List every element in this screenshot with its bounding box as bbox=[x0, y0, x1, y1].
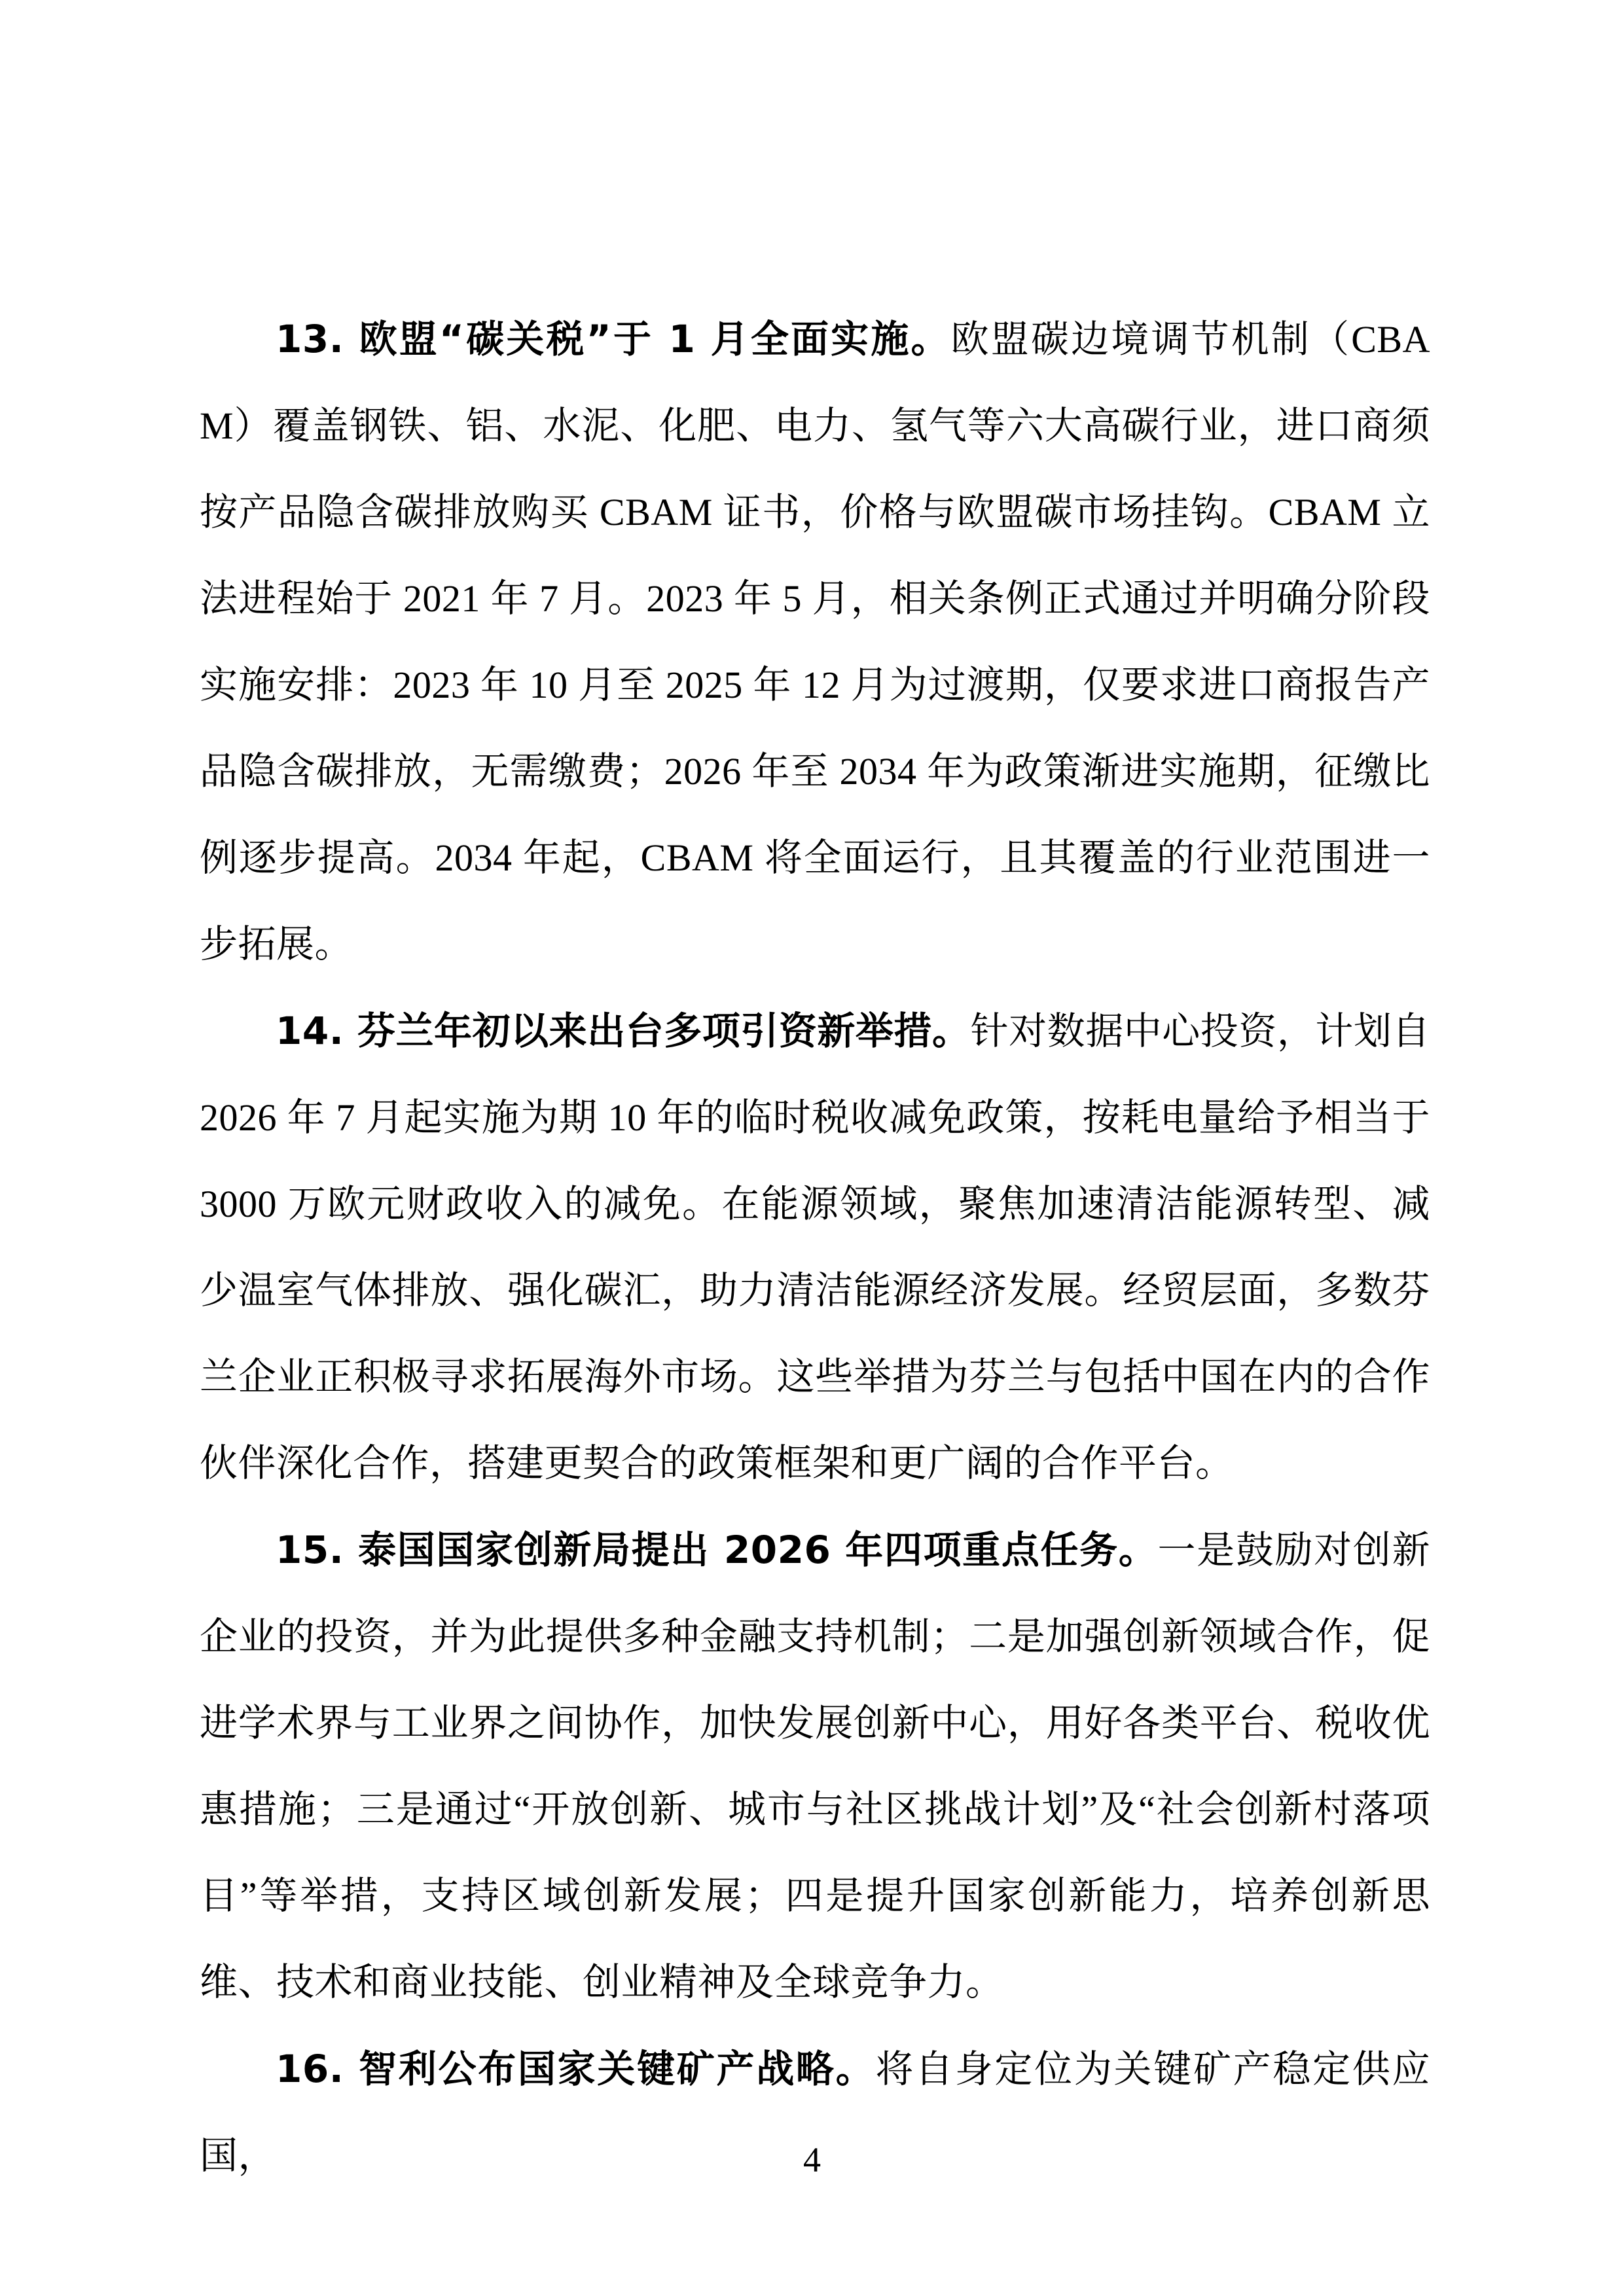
page-footer: 4 bbox=[0, 2137, 1624, 2183]
paragraph-14: 14. 芬兰年初以来出台多项引资新举措。针对数据中心投资，计划自 2026 年 … bbox=[200, 988, 1430, 1507]
paragraph-16-lead: 16. 智利公布国家关键矿产战略。 bbox=[276, 2047, 875, 2091]
document-body: 13. 欧盟“碳关税”于 1 月全面实施。欧盟碳边境调节机制（CBAM）覆盖钢铁… bbox=[200, 296, 1430, 2199]
page-number: 4 bbox=[803, 2140, 821, 2179]
paragraph-13-lead: 13. 欧盟“碳关税”于 1 月全面实施。 bbox=[276, 317, 951, 361]
paragraph-15-lead: 15. 泰国国家创新局提出 2026 年四项重点任务。 bbox=[276, 1528, 1158, 1572]
document-page: 13. 欧盟“碳关税”于 1 月全面实施。欧盟碳边境调节机制（CBAM）覆盖钢铁… bbox=[0, 0, 1624, 2296]
paragraph-14-body: 针对数据中心投资，计划自 2026 年 7 月起实施为期 10 年的临时税收减免… bbox=[200, 1010, 1430, 1484]
paragraph-15: 15. 泰国国家创新局提出 2026 年四项重点任务。一是鼓励对创新企业的投资，… bbox=[200, 1507, 1430, 2026]
paragraph-15-body: 一是鼓励对创新企业的投资，并为此提供多种金融支持机制；二是加强创新领域合作，促进… bbox=[200, 1529, 1430, 2003]
paragraph-14-lead: 14. 芬兰年初以来出台多项引资新举措。 bbox=[276, 1009, 971, 1053]
paragraph-13: 13. 欧盟“碳关税”于 1 月全面实施。欧盟碳边境调节机制（CBAM）覆盖钢铁… bbox=[200, 296, 1430, 988]
paragraph-13-body: 欧盟碳边境调节机制（CBAM）覆盖钢铁、铝、水泥、化肥、电力、氢气等六大高碳行业… bbox=[200, 318, 1430, 965]
